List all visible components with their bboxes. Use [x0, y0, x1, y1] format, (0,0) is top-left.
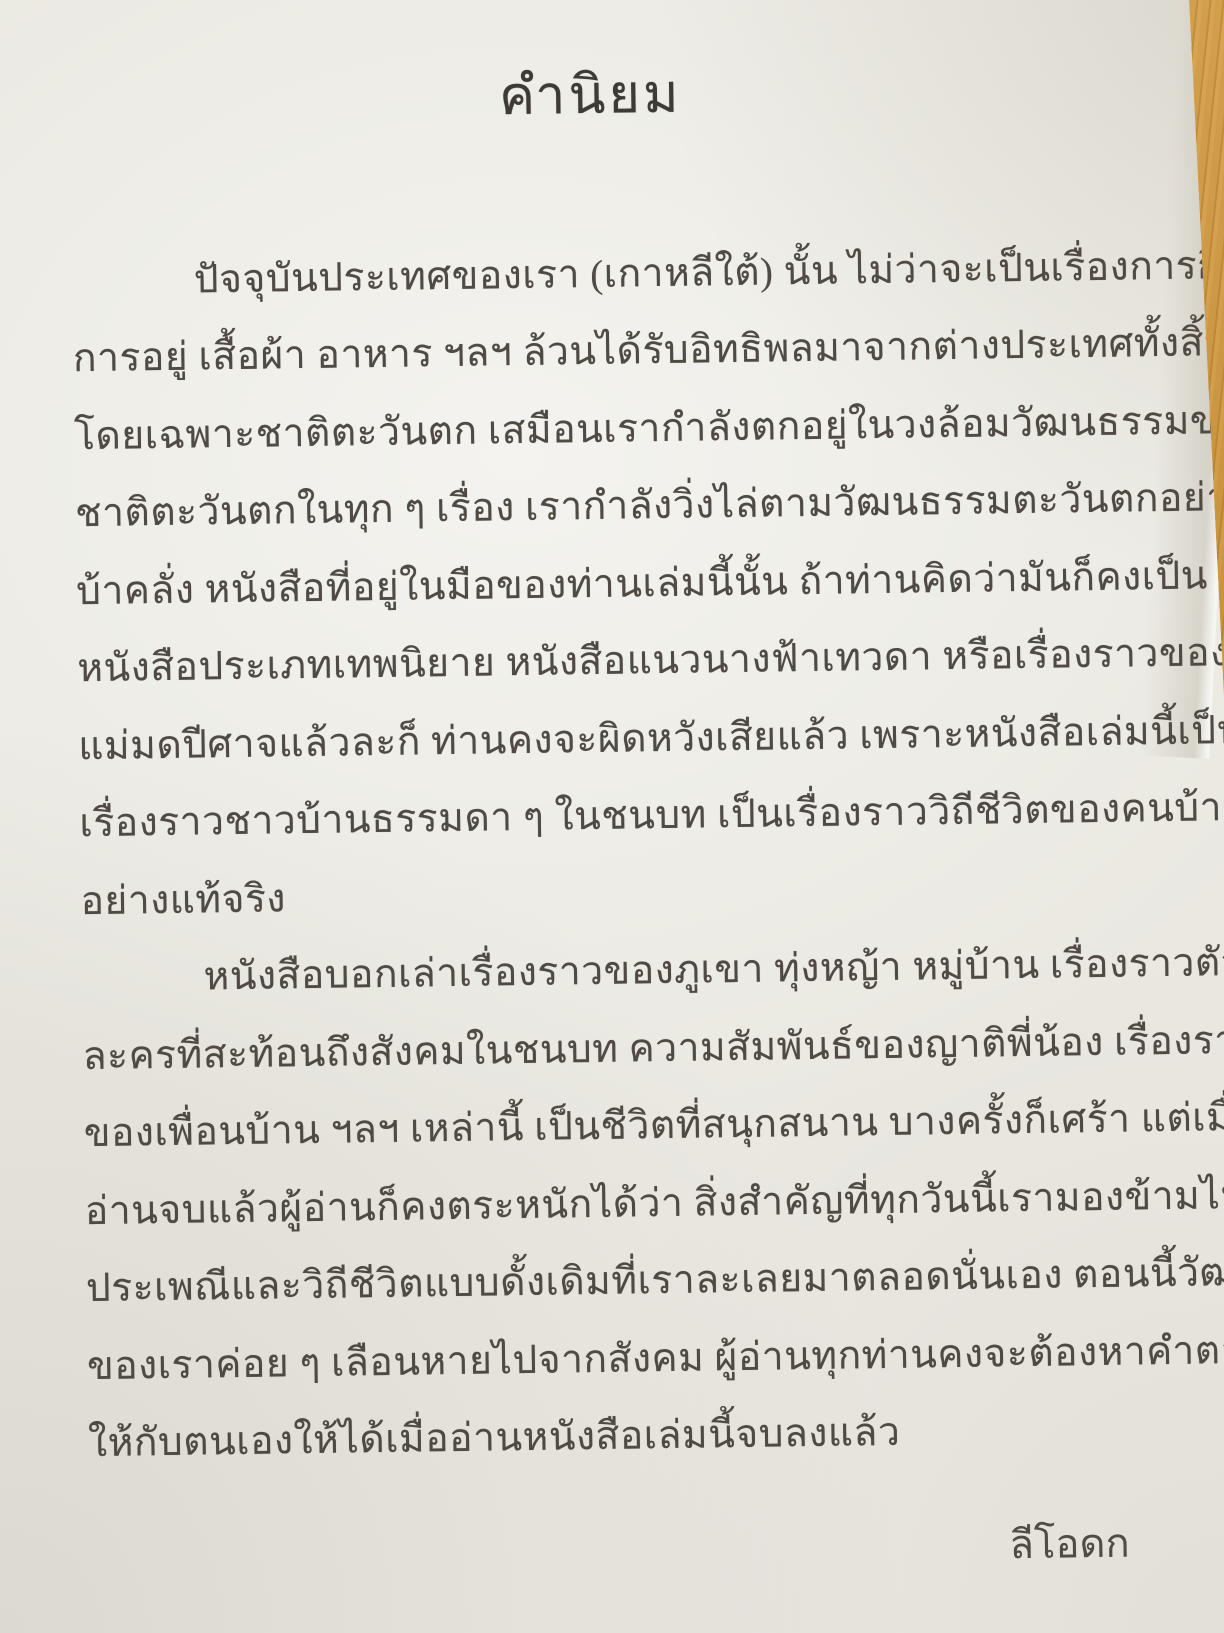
text-line: ละครที่สะท้อนถึงสังคมในชนบท ความสัมพันธ์…: [82, 1003, 1125, 1095]
text-line: อย่างแท้จริง: [80, 848, 1123, 940]
text-line: เรื่องราวชาวบ้านธรรมดา ๆ ในชนบท เป็นเรื่…: [79, 771, 1122, 863]
page-title: คำนิยม: [69, 55, 1112, 137]
text-line: ให้กับตนเองให้ได้เมื่ออ่านหนังสือเล่มนี้…: [88, 1391, 1131, 1483]
text-line: หนังสือบอกเล่าเรื่องราวของภูเขา ทุ่งหญ้า…: [81, 926, 1124, 1018]
text-line: ประเพณีและวิถีชีวิตแบบดั้งเดิมที่เราละเล…: [85, 1236, 1128, 1328]
paragraph-1: ปัจจุบันประเทศของเรา (เกาหลีใต้) นั้น ไม…: [71, 228, 1123, 940]
text-line: ของเราค่อย ๆ เลือนหายไปจากสังคม ผู้อ่านท…: [86, 1313, 1129, 1405]
text-line: หนังสือประเภทเทพนิยาย หนังสือแนวนางฟ้าเท…: [77, 616, 1120, 708]
author-signature: ลีโอดก: [89, 1504, 1132, 1596]
book-page: คำนิยม ปัจจุบันประเทศของเรา (เกาหลีใต้) …: [0, 0, 1224, 1633]
text-line: ปัจจุบันประเทศของเรา (เกาหลีใต้) นั้น ไม…: [71, 228, 1114, 320]
text-line: ชาติตะวันตกในทุก ๆ เรื่อง เรากำลังวิ่งไล…: [75, 461, 1118, 553]
text-line: ของเพื่อนบ้าน ฯลฯ เหล่านี้ เป็นชีวิตที่ส…: [83, 1081, 1126, 1173]
text-line: อ่านจบแล้วผู้อ่านก็คงตระหนักได้ว่า สิ่งส…: [84, 1158, 1127, 1250]
paragraph-2: หนังสือบอกเล่าเรื่องราวของภูเขา ทุ่งหญ้า…: [81, 926, 1130, 1483]
book-page-photo: คำนิยม ปัจจุบันประเทศของเรา (เกาหลีใต้) …: [0, 0, 1224, 1633]
text-line: โดยเฉพาะชาติตะวันตก เสมือนเรากำลังตกอยู่…: [74, 383, 1117, 475]
page-content: คำนิยม ปัจจุบันประเทศของเรา (เกาหลีใต้) …: [68, 0, 1132, 1596]
text-line: การอยู่ เสื้อผ้า อาหาร ฯลฯ ล้วนได้รับอิท…: [72, 306, 1115, 398]
text-line: บ้าคลั่ง หนังสือที่อยู่ในมือของท่านเล่มน…: [76, 538, 1119, 630]
text-line: แม่มดปีศาจแล้วละก็ ท่านคงจะผิดหวังเสียแล…: [78, 693, 1121, 785]
